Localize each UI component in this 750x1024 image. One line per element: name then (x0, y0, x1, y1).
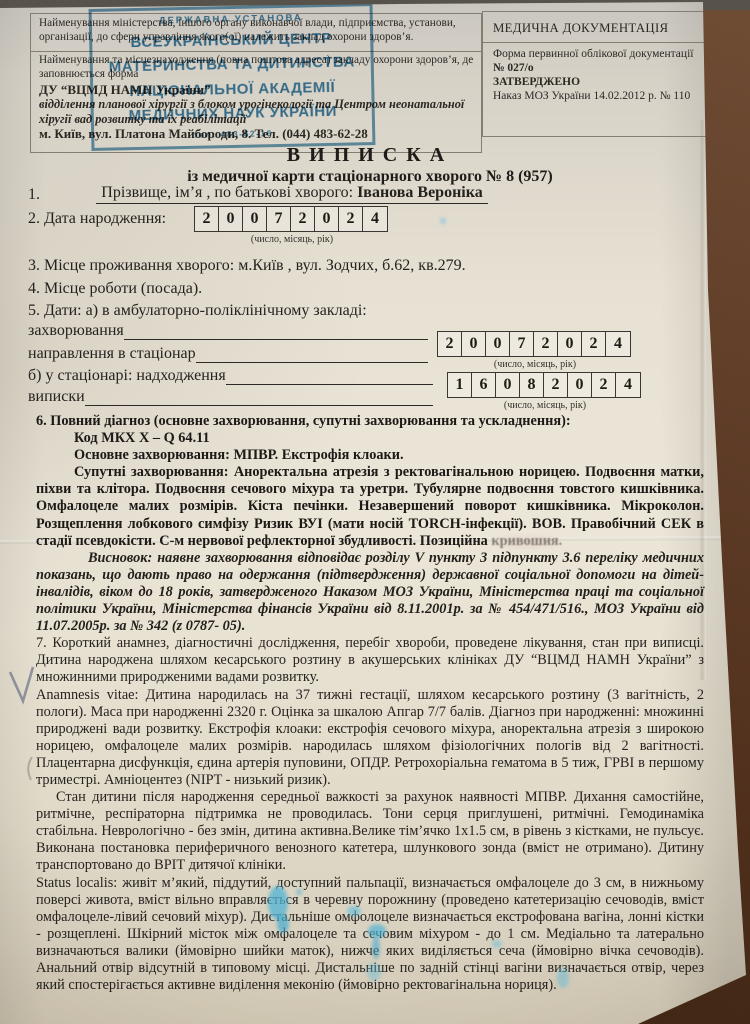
approved-label: ЗАТВЕРДЖЕНО (493, 75, 701, 89)
date-cell: 8 (520, 373, 544, 397)
date-cell: 0 (243, 207, 267, 231)
org-stamp: ДЕРЖАВНА УСТАНОВА ВСЕУКРАЇНСЬКИЙ ЦЕНТР М… (89, 3, 376, 151)
residence-field: 3. Місце проживання хворого: м.Київ , ву… (28, 257, 466, 275)
date-cell: 4 (616, 373, 640, 397)
form-info: Форма первинної облікової документації №… (483, 43, 709, 105)
main-diagnosis: Основне захворювання: МПВР. Екстрофія кл… (36, 447, 704, 464)
comorbid-text: Супутні захворювання: Аноректальна атрез… (36, 464, 704, 548)
admission-label: б) у стаціонарі: надходження (28, 367, 226, 385)
date-cell: 0 (219, 207, 243, 231)
icd-code: Код МКХ X – Q 64.11 (36, 430, 704, 447)
stamp-line: МАТЕРИНСТВА ТА ДИТИНСТВА (95, 54, 369, 77)
document-title-block: ВИПИСКА із медичної карти стаціонарного … (36, 144, 704, 186)
date-cell: 0 (462, 332, 486, 356)
date-cell: 2 (534, 332, 558, 356)
photo-background: Найменування міністерства, іншого органу… (0, 0, 750, 1024)
date-cell: 2 (582, 332, 606, 356)
stamp-line: ВСЕУКРАЇНСЬКИЙ ЦЕНТР (94, 29, 368, 52)
date-caption: (число, місяць, рік) (437, 359, 633, 370)
blank-line (124, 322, 428, 340)
comorbid-faded-word: кривошия. (491, 533, 562, 549)
patient-name-label: Прізвище, ім’я , по батькові хворого: (101, 184, 357, 201)
discharge-label: виписки (28, 388, 85, 406)
stamp-phone: тел: 483-62-16 (96, 126, 370, 142)
header-docform-cell: МЕДИЧНА ДОКУМЕНТАЦІЯ Форма первинної обл… (482, 11, 710, 137)
birth-date-grid: 2 0 0 7 2 0 2 4 (194, 206, 388, 232)
referral-date-row: направлення в стаціонар (28, 345, 428, 363)
date-cell: 0 (496, 373, 520, 397)
field1-number: 1. (28, 186, 40, 204)
admission-date-grid: 2 0 0 7 2 0 2 4 (437, 331, 631, 357)
form-number: № 027/о (493, 61, 701, 75)
stamp-line: НАЦІОНАЛЬНОЇ АКАДЕМІЇ (95, 78, 369, 101)
blank-line (85, 388, 433, 406)
diagnosis-heading: 6. Повний діагноз (основне захворювання,… (36, 413, 704, 430)
child-state-paragraph: Стан дитини після народження середньої в… (36, 789, 704, 874)
stamp-line: МЕДИЧНИХ НАУК УКРАЇНИ (96, 102, 370, 125)
date-caption: (число, місяць, рік) (194, 234, 390, 245)
medical-documentation-label: МЕДИЧНА ДОКУМЕНТАЦІЯ (483, 12, 709, 43)
date-cell: 4 (363, 207, 387, 231)
dates-outpatient-field: 5. Дати: а) в амбулаторно-поліклінічному… (28, 302, 367, 320)
discharge-date-row: виписки (28, 388, 433, 406)
date-cell: 2 (339, 207, 363, 231)
stamp-line: ДЕРЖАВНА УСТАНОВА (94, 11, 368, 28)
form-line: Форма первинної облікової документації (493, 47, 701, 61)
referral-label: направлення в стаціонар (28, 345, 196, 363)
illness-date-row: захворювання (28, 322, 428, 340)
date-cell: 7 (510, 332, 534, 356)
discharge-date-grid: 1 6 0 8 2 0 2 4 (447, 372, 641, 398)
date-cell: 6 (472, 373, 496, 397)
admission-date-row: б) у стаціонарі: надходження (28, 367, 433, 385)
date-cell: 2 (291, 207, 315, 231)
date-cell: 0 (315, 207, 339, 231)
date-cell: 7 (267, 207, 291, 231)
workplace-field: 4. Місце роботи (посада). (28, 280, 202, 298)
date-cell: 2 (592, 373, 616, 397)
document-body: 6. Повний діагноз (основне захворювання,… (36, 413, 704, 994)
patient-name-line: Прізвище, ім’я , по батькові хворого: Ів… (96, 184, 488, 204)
pen-checkmark (10, 667, 33, 701)
document-title: ВИПИСКА (36, 144, 704, 167)
patient-name-value: Іванова Вероніка (357, 184, 483, 201)
date-cell: 0 (568, 373, 592, 397)
date-cell: 2 (438, 332, 462, 356)
date-cell: 1 (448, 373, 472, 397)
conclusion-paragraph: Висновок: наявне захворювання відповідає… (36, 550, 704, 635)
date-cell: 2 (544, 373, 568, 397)
pen-bracket (28, 757, 32, 780)
approval-order: Наказ МОЗ України 14.02.2012 р. № 110 (493, 89, 701, 103)
status-localis-paragraph: Status localis: живіт м’який, піддутий, … (36, 875, 704, 995)
date-caption: (число, місяць, рік) (447, 400, 643, 411)
date-cell: 4 (606, 332, 630, 356)
date-cell: 2 (195, 207, 219, 231)
birth-date-label: 2. Дата народження: (28, 210, 166, 228)
document-paper: Найменування міністерства, іншого органу… (0, 0, 750, 1024)
date-cell: 0 (486, 332, 510, 356)
comorbid-diagnosis: Супутні захворювання: Аноректальна атрез… (36, 464, 704, 549)
blank-line (226, 367, 433, 385)
illness-label: захворювання (28, 322, 124, 340)
anamnesis-vitae-paragraph: Anamnesis vitae: Дитина народилась на 37… (36, 687, 704, 790)
blank-line (196, 345, 428, 363)
anamnesis-paragraph-1: 7. Короткий анамнез, діагностичні дослід… (36, 635, 704, 686)
date-cell: 0 (558, 332, 582, 356)
